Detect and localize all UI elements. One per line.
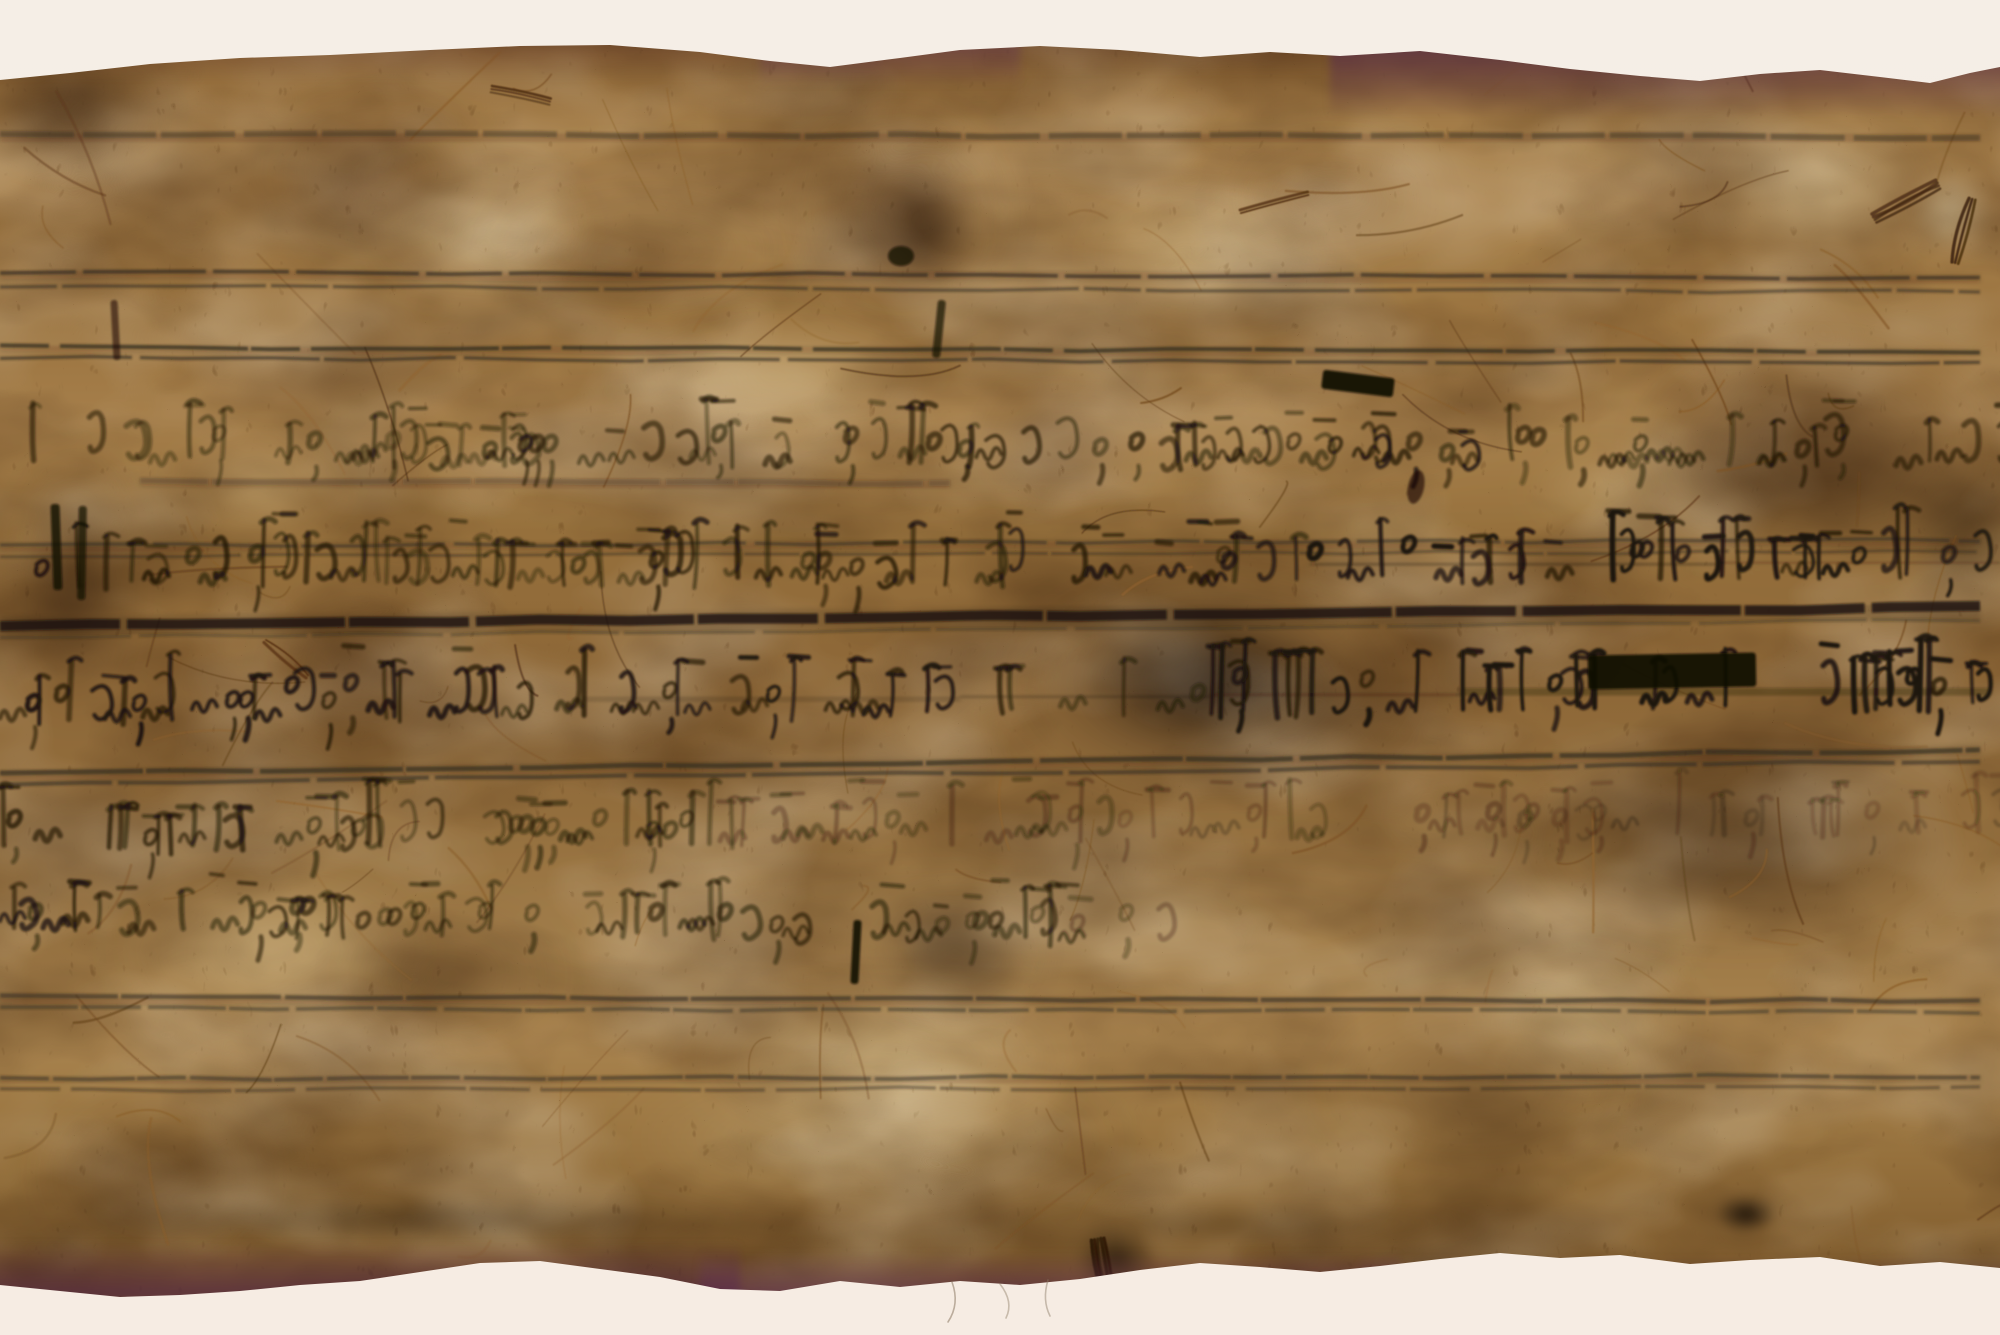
loose-edge-fibers — [0, 0, 2000, 1335]
photo-frame — [0, 0, 2000, 1335]
